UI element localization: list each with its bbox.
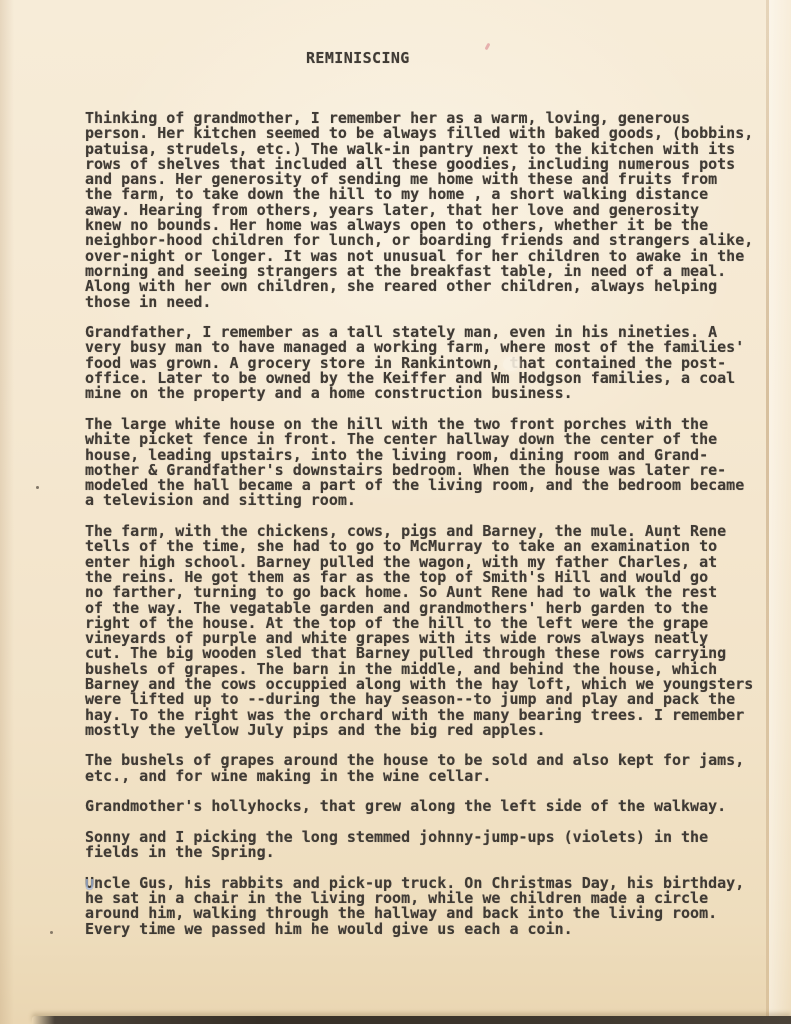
- paragraph-bushels-grapes: The bushels of grapes around the house t…: [85, 753, 777, 784]
- scan-bottom-edge: [32, 1016, 791, 1024]
- paragraph-the-farm: The farm, with the chickens, cows, pigs …: [85, 524, 777, 738]
- whiteout-smudge-mark: [503, 357, 519, 371]
- ghost-typed-character: U: [85, 878, 94, 893]
- document-body: Thinking of grandmother, I remember her …: [85, 111, 777, 952]
- ink-speck: [50, 931, 53, 934]
- paper-left-edge-shadow: [0, 0, 14, 1024]
- paragraph-johnny-jump-ups: Sonny and I picking the long stemmed joh…: [85, 830, 777, 861]
- paragraph-grandfather: Grandfather, I remember as a tall statel…: [85, 325, 777, 401]
- paragraph-uncle-gus: Uncle Gus, his rabbits and pick-up truck…: [85, 876, 777, 937]
- paragraph-grandmother: Thinking of grandmother, I remember her …: [85, 111, 777, 310]
- scanned-page: REMINISCING Thinking of grandmother, I r…: [0, 0, 791, 1024]
- paper-right-edge: [769, 0, 791, 1016]
- ink-speck: [36, 486, 39, 489]
- document-title: REMINISCING: [306, 51, 410, 66]
- paragraph-hollyhocks: Grandmother's hollyhocks, that grew alon…: [85, 799, 777, 814]
- paragraph-white-house: The large white house on the hill with t…: [85, 417, 777, 509]
- pink-speck: [485, 43, 491, 51]
